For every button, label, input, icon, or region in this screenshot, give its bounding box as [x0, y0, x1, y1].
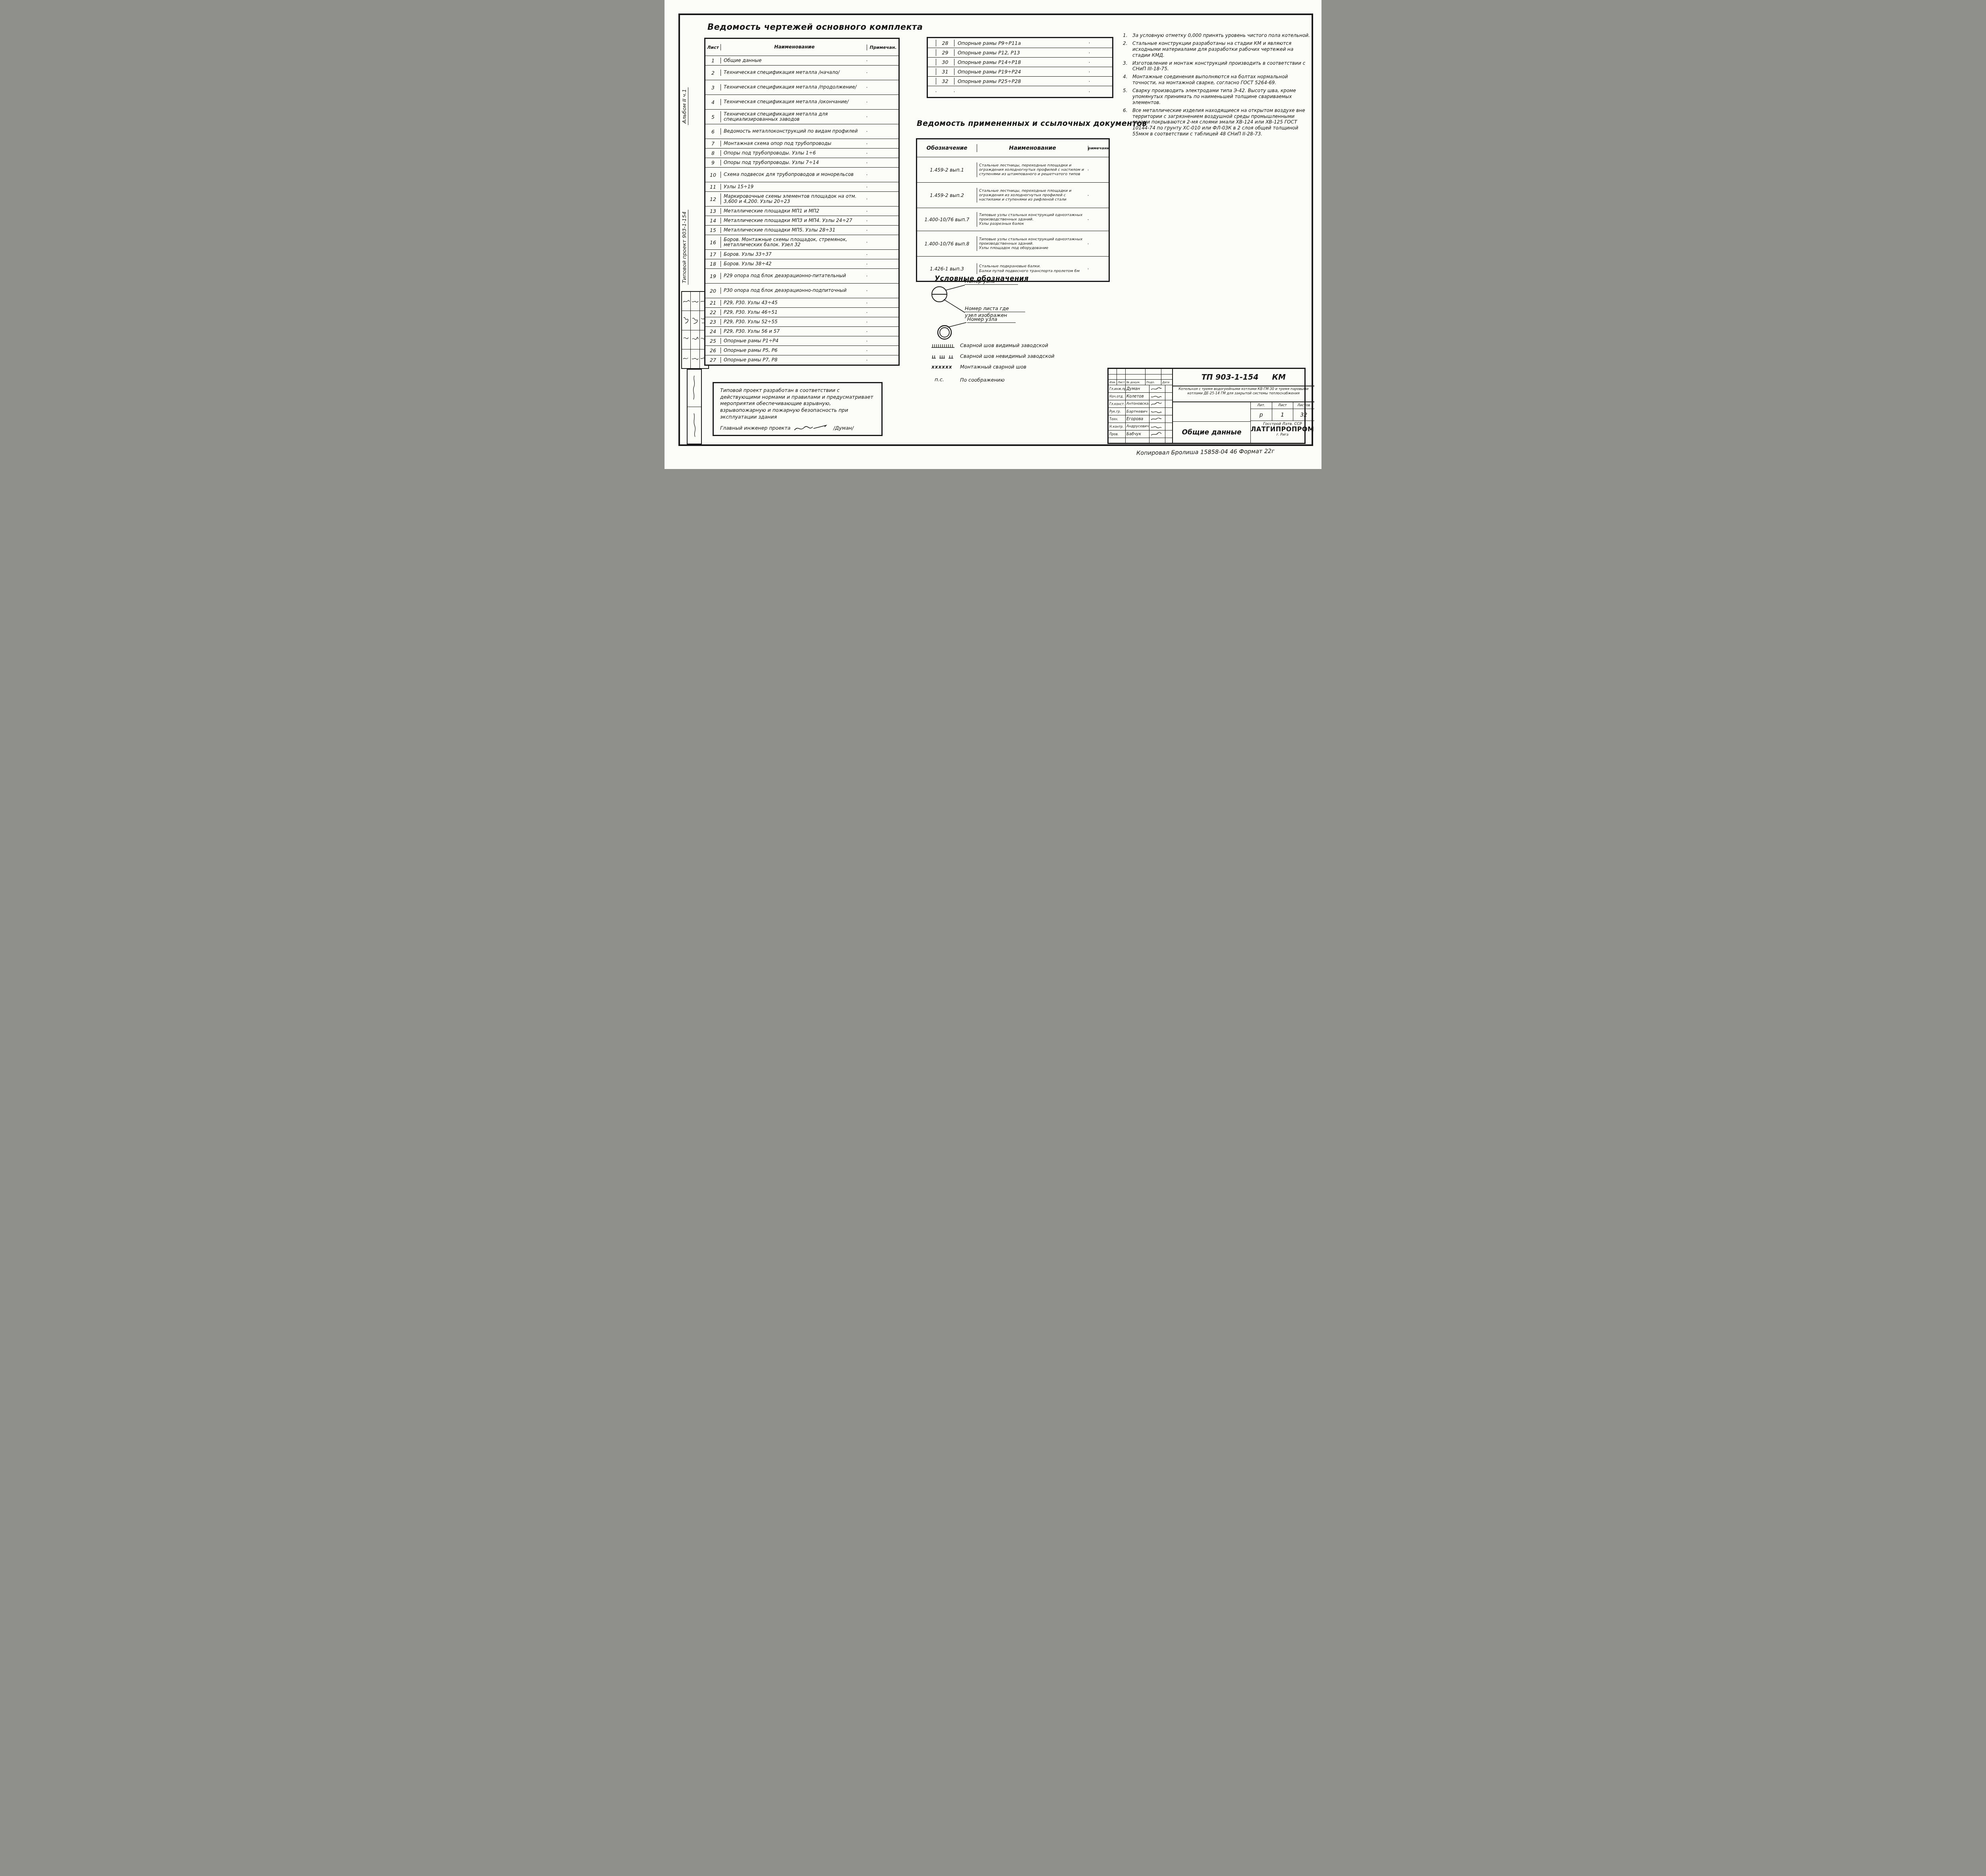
row-name: Техническая спецификация металла /начало…: [721, 69, 867, 75]
table-row: 16Боров. Монтажные схемы площадок, стрем…: [705, 235, 898, 249]
row-num: 26: [705, 347, 721, 354]
row-num: 22: [705, 309, 721, 316]
col-header-note: Примечан.: [867, 44, 899, 50]
doc-number: ТП 903-1-154: [1202, 373, 1259, 382]
row-name: Боров. Монтажные схемы площадок, стремян…: [721, 237, 867, 248]
row-note: [867, 60, 899, 61]
signature-scribble: [682, 292, 690, 311]
main-drawing-list-table: Лист Наименование Примечан. 1Общие данны…: [704, 38, 900, 366]
row-note: [867, 174, 899, 175]
rev-col-date: Дата: [1161, 380, 1172, 385]
row-note: [867, 276, 899, 276]
row-name: Монтажная схема опор под трубопроводы: [721, 141, 867, 147]
table-row: 8Опоры под трубопроводы. Узлы 1÷6: [705, 148, 898, 158]
rev-cell: [1117, 374, 1125, 379]
row-note: [1089, 52, 1112, 53]
row-num: [936, 91, 954, 92]
row-num: 8: [705, 150, 721, 156]
row-note: [1089, 62, 1112, 63]
row-name: Р29, Р30. Узлы 52÷55: [721, 319, 867, 325]
table-row: 26Опорные рамы Р5, Р6: [705, 345, 898, 355]
general-notes: 1.За условную отметку 0,000 принять уров…: [1122, 33, 1310, 139]
doc-code: КМ: [1272, 373, 1285, 382]
person-signature: [1149, 408, 1165, 415]
table-row: 25Опорные рамы Р1÷Р4: [705, 336, 898, 345]
row-note: [867, 199, 899, 199]
hidden-factory-weld-icon: [931, 353, 960, 359]
row-name: Р30 опора под блок деаэрационно-подпиточ…: [721, 288, 867, 293]
person-role: Техн.: [1109, 415, 1125, 423]
note-item: 1.За условную отметку 0,000 принять уров…: [1122, 33, 1310, 39]
side-project-label: Типовой проект 903-1-154: [682, 210, 688, 285]
row-note: [867, 187, 899, 187]
row-name: Опорные рамы Р19÷Р24: [954, 68, 1089, 75]
signature-scribble: [688, 370, 701, 407]
row-name: Металлические площадки МП1 и МП2: [721, 208, 867, 214]
doc-name: Типовые узлы стальных конструкций одноэт…: [977, 236, 1088, 251]
row-name: Опоры под трубопроводы. Узлы 1÷6: [721, 150, 867, 156]
row-note: [1089, 71, 1112, 72]
stamp-empty-cell: [1173, 402, 1250, 421]
note-item: 2.Стальные конструкции разработаны на ст…: [1122, 41, 1310, 58]
signer-role: Главный инженер проекта: [720, 425, 790, 432]
row-num: 17: [705, 251, 721, 258]
col-header-code: Обозначение: [917, 145, 977, 152]
row-note: [1089, 91, 1112, 92]
doc-note: [1088, 170, 1109, 170]
row-num: 30: [936, 59, 954, 66]
stamp-bottom: Общие данные Лит. Лист Листов р 1 32 Гос…: [1173, 401, 1314, 443]
referenced-documents-table: Обозначение Наименование Примечание 1.45…: [916, 138, 1110, 282]
site-weld-label: Монтажный сварной шов: [960, 364, 1026, 370]
person-signature: [1149, 415, 1165, 423]
row-num: 23: [705, 318, 721, 325]
row-name: Ведомость металлоконструкций по видам пр…: [721, 128, 867, 134]
row-num: 7: [705, 140, 721, 147]
row-name: Техническая спецификация металла /продол…: [721, 84, 867, 90]
person-name: Егорова: [1125, 415, 1149, 423]
table-row: 5Техническая спецификация металла для сп…: [705, 109, 898, 124]
side-album-label: Альбом II ч.1: [682, 87, 688, 125]
statement-signature-row: Главный инженер проекта /Думан/: [720, 424, 876, 432]
rev-cell: [1145, 374, 1161, 379]
row-num: 24: [705, 328, 721, 335]
doc-name: Стальные лестницы, переходные площадки и…: [977, 188, 1088, 203]
continuation-list-table: 28Опорные рамы Р9÷Р11а 29Опорные рамы Р1…: [927, 37, 1113, 98]
person-row: Нач.отд. Колетов: [1109, 392, 1172, 400]
row-num: 32: [936, 78, 954, 85]
row-note: [867, 322, 899, 322]
table-row: 12Маркировочные схемы элементов площадок…: [705, 191, 898, 206]
copy-footer: Копировал Бролиша 15858-04 46 Формат 22г: [1136, 448, 1275, 457]
refs-list-title: Ведомость примененных и ссылочных докуме…: [917, 119, 1147, 128]
main-list-title: Ведомость чертежей основного комплекта: [707, 22, 923, 32]
note-number: 1.: [1123, 33, 1127, 39]
legend-row: п.с. По соображению: [931, 377, 1118, 383]
rev-cell: [1109, 369, 1117, 374]
row-note: [867, 303, 899, 303]
row-note: [867, 211, 899, 212]
table-row: 32Опорные рамы Р25÷Р28: [928, 76, 1112, 86]
stamp-bottom-right: Лит. Лист Листов р 1 32 Госстрой Латв. С…: [1250, 402, 1314, 443]
table-row: 9Опоры под трубопроводы. Узлы 7÷14: [705, 158, 898, 167]
signature-scribble: [688, 407, 701, 444]
row-num: 29: [936, 49, 954, 56]
rev-cell: [1125, 438, 1149, 443]
person-row: Техн. Егорова: [1109, 415, 1172, 423]
row-note: [867, 72, 899, 73]
refs-row: 1.400-10/76 вып.7Типовые узлы стальных к…: [917, 208, 1109, 231]
row-num: 1: [705, 57, 721, 64]
rev-header-row: Изм. Лист № докум. Подп. Дата: [1109, 379, 1172, 385]
row-name: Р29 опора под блок деаэрационно-питатель…: [721, 273, 867, 279]
table-row-empty: [928, 86, 1112, 97]
row-note: [867, 360, 899, 361]
note-text: Монтажные соединения выполняются на болт…: [1132, 74, 1288, 85]
rev-empty-row: [1109, 374, 1172, 379]
rev-col-list: Лист: [1117, 380, 1125, 385]
person-role: Рук.гр.: [1109, 408, 1125, 415]
site-weld-icon: xxxxxx: [931, 364, 960, 370]
row-name: Металлические площадки МП3 и МП4. Узлы 2…: [721, 218, 867, 224]
row-name: Опоры под трубопроводы. Узлы 7÷14: [721, 160, 867, 166]
row-name: Опорные рамы Р12, Р13: [954, 49, 1089, 56]
table-row: 4Техническая спецификация металла /оконч…: [705, 95, 898, 109]
person-name: Антоновская: [1125, 400, 1149, 407]
table-row: 19Р29 опора под блок деаэрационно-питате…: [705, 268, 898, 283]
sheets-total-label: Листов: [1293, 402, 1314, 409]
row-num: 13: [705, 208, 721, 214]
row-name: Опорные рамы Р14÷Р18: [954, 59, 1089, 66]
row-note: [867, 350, 899, 351]
node-sheet-label-line1: Номер листа где: [965, 305, 1025, 312]
title-block: Изм. Лист № докум. Подп. Дата Гл.инж.пр.…: [1107, 368, 1306, 444]
person-role: Пров.: [1109, 430, 1125, 438]
note-text: Сварку производить электродами типа Э-42…: [1132, 88, 1296, 105]
weld-legend: Сварной шов видимый заводской Сварной шо…: [931, 342, 1118, 388]
doc-note: [1088, 243, 1109, 244]
row-name: Опорные рамы Р25÷Р28: [954, 78, 1089, 85]
table-row: 2Техническая спецификация металла /начал…: [705, 65, 898, 80]
table-row: 17Боров. Узлы 33÷37: [705, 249, 898, 259]
person-signature: [1149, 393, 1165, 400]
doc-code: 1.400-10/76 вып.8: [917, 241, 977, 247]
rev-cell: [1117, 369, 1125, 374]
lit-value: р: [1251, 409, 1272, 421]
row-num: 6: [705, 128, 721, 135]
signature-scribble: [690, 330, 699, 349]
row-note: [867, 131, 899, 132]
row-name: Опорные рамы Р7, Р8: [721, 357, 867, 363]
spacer-cell: [928, 38, 936, 48]
stamp-right: ТП 903-1-154 КМ Котельная с тремя водогр…: [1173, 369, 1314, 443]
note-item: 3.Изготовление и монтаж конструкций прои…: [1122, 60, 1310, 72]
note-text: Изготовление и монтаж конструкций произв…: [1132, 60, 1305, 72]
stamp-bottom-left: Общие данные: [1173, 402, 1250, 443]
row-num: 10: [705, 172, 721, 178]
org-city: г. Рига: [1251, 433, 1314, 437]
row-note: [867, 220, 899, 221]
node-number-label: Номер узла: [965, 278, 1018, 285]
rev-col-docnum: № докум.: [1125, 380, 1145, 385]
row-note: [867, 341, 899, 342]
row-num: 12: [705, 196, 721, 203]
doc-note: [1088, 195, 1109, 196]
row-num: 3: [705, 84, 721, 91]
row-note: [1089, 42, 1112, 43]
row-num: 28: [936, 40, 954, 46]
col-header-name: Наименование: [977, 144, 1088, 152]
person-row: Пров. Бабчук: [1109, 430, 1172, 438]
row-name: Общие данные: [721, 58, 867, 64]
row-note: [867, 312, 899, 313]
drawing-sheet: Альбом II ч.1 Типовой проект 903-1-154 В…: [665, 0, 1321, 469]
row-note: [867, 290, 899, 291]
row-name: Р29, Р30. Узлы 46÷51: [721, 309, 867, 315]
person-name: Колетов: [1125, 393, 1149, 400]
row-num: 21: [705, 299, 721, 306]
col-header-sheet: Лист: [705, 44, 721, 50]
node2-number-label: Номер узла: [967, 316, 1016, 323]
refs-row: 1.459-2 вып.2Стальные лестницы, переходн…: [917, 182, 1109, 208]
row-note: [867, 116, 899, 117]
sheet-content-title: Общие данные: [1173, 421, 1250, 443]
person-date: [1165, 423, 1172, 430]
row-name: Маркировочные схемы элементов площадок н…: [721, 193, 867, 205]
signature-scribble: [682, 330, 690, 349]
table-row: 31Опорные рамы Р19÷Р24: [928, 67, 1112, 76]
table-row: 28Опорные рамы Р9÷Р11а: [928, 38, 1112, 48]
row-num: 2: [705, 69, 721, 76]
row-num: 14: [705, 217, 721, 224]
refs-row: 1.459-2 вып.1Стальные лестницы, переходн…: [917, 157, 1109, 182]
note-number: 6.: [1123, 108, 1127, 114]
table-row: 20Р30 опора под блок деаэрационно-подпит…: [705, 283, 898, 298]
person-date: [1165, 385, 1172, 392]
table-row: 11Узлы 15÷19: [705, 182, 898, 191]
rev-cell: [1109, 374, 1117, 379]
person-role: Гл.инж.пр.: [1109, 385, 1125, 392]
person-name: Барткевич: [1125, 408, 1149, 415]
spacer-cell: [928, 86, 936, 97]
table-row: 22Р29, Р30. Узлы 46÷51: [705, 307, 898, 317]
sheet-num-value: 1: [1272, 409, 1293, 421]
table-row: 6Ведомость металлоконструкций по видам п…: [705, 124, 898, 139]
rev-cell: [1125, 369, 1145, 374]
rev-cell: [1165, 438, 1172, 443]
note-number: 3.: [1123, 60, 1127, 66]
note-number: 2.: [1123, 41, 1127, 46]
person-signature: [1149, 400, 1165, 407]
row-name: Опорные рамы Р9÷Р11а: [954, 40, 1089, 46]
legend-row: xxxxxx Монтажный сварной шов: [931, 364, 1118, 370]
row-name: Схема подвесок для трубопроводов и монор…: [721, 172, 867, 178]
visible-factory-weld-icon: [931, 343, 960, 348]
signature-scribble: [793, 424, 831, 432]
row-name: Узлы 15÷19: [721, 184, 867, 190]
note-number: 4.: [1123, 74, 1127, 80]
row-num: 31: [936, 68, 954, 75]
rev-cell: [1161, 369, 1172, 374]
rev-empty-row: [1109, 438, 1172, 443]
table-row: 29Опорные рамы Р12, Р13: [928, 48, 1112, 57]
table-row: 13Металлические площадки МП1 и МП2: [705, 206, 898, 216]
row-note: [1089, 81, 1112, 82]
row-note: [867, 230, 899, 231]
note-text: Стальные конструкции разработаны на стад…: [1132, 41, 1293, 58]
row-num: 4: [705, 99, 721, 106]
refs-row: 1.400-10/76 вып.8Типовые узлы стальных к…: [917, 231, 1109, 256]
row-num: 16: [705, 239, 721, 246]
statement-text: Типовой проект разработан в соответствии…: [720, 387, 876, 420]
legend-row: Сварной шов видимый заводской: [931, 342, 1118, 348]
row-num: 19: [705, 273, 721, 280]
note-text: Все металлические изделия находящиеся на…: [1132, 108, 1305, 137]
person-row: Рук.гр. Барткевич: [1109, 407, 1172, 415]
margin-inventory-strip: [687, 369, 702, 444]
doc-note: [1088, 268, 1109, 269]
table-row: 14Металлические площадки МП3 и МП4. Узлы…: [705, 216, 898, 225]
doc-note: [1088, 219, 1109, 220]
row-name: Р29, Р30. Узлы 56 и 57: [721, 328, 867, 334]
row-name: [954, 91, 1089, 92]
sheets-total-value: 32: [1293, 409, 1314, 421]
person-date: [1165, 415, 1172, 423]
table-row: 27Опорные рамы Р7, Р8: [705, 355, 898, 365]
doc-code: 1.459-2 вып.1: [917, 167, 977, 173]
project-name-cell: Котельная с тремя водогрейными котлами К…: [1173, 386, 1314, 401]
ps-label: По соображению: [960, 377, 1005, 383]
row-num: 18: [705, 261, 721, 267]
person-date: [1165, 430, 1172, 438]
row-name: Металлические площадки МП5. Узлы 28÷31: [721, 227, 867, 233]
row-note: [867, 331, 899, 332]
signature-scribble: [690, 349, 699, 368]
rev-cell: [1125, 374, 1145, 379]
person-name: Думан: [1125, 385, 1149, 392]
spacer-cell: [928, 48, 936, 57]
weld-visible-label: Сварной шов видимый заводской: [960, 342, 1048, 348]
table-row: 30Опорные рамы Р14÷Р18: [928, 57, 1112, 67]
row-num: 20: [705, 288, 721, 294]
table-row: 7Монтажная схема опор под трубопроводы: [705, 139, 898, 148]
row-name: Р29, Р30. Узлы 43÷45: [721, 300, 867, 306]
signature-scribble: [690, 292, 699, 311]
table-row: 3Техническая спецификация металла /продо…: [705, 80, 898, 95]
row-note: [867, 254, 899, 255]
person-row: Гл.конст. Антоновская: [1109, 400, 1172, 407]
row-note: [867, 264, 899, 264]
spacer-cell: [928, 77, 936, 86]
note-item: 5.Сварку производить электродами типа Э-…: [1122, 88, 1310, 106]
row-name: Опорные рамы Р1÷Р4: [721, 338, 867, 344]
doc-code: 1.459-2 вып.2: [917, 192, 977, 199]
table-row: 24Р29, Р30. Узлы 56 и 57: [705, 326, 898, 336]
note-item: 6.Все металлические изделия находящиеся …: [1122, 108, 1310, 137]
note-number: 5.: [1123, 88, 1127, 94]
doc-name: Типовые узлы стальных конструкций одноэт…: [977, 212, 1088, 227]
spacer-cell: [928, 58, 936, 67]
row-name: Техническая спецификация металла /оконча…: [721, 99, 867, 105]
person-role: Нач.отд.: [1109, 393, 1125, 400]
row-num: 15: [705, 227, 721, 234]
main-table-header: Лист Наименование Примечан.: [705, 39, 898, 56]
signature-scribble: [690, 311, 699, 330]
note-text: За условную отметку 0,000 принять уровен…: [1132, 33, 1310, 38]
table-row: 21Р29, Р30. Узлы 43÷45: [705, 298, 898, 307]
row-name: Опорные рамы Р5, Р6: [721, 347, 867, 353]
rev-col-izm: Изм.: [1109, 380, 1117, 385]
ps-abbreviation: п.с.: [931, 377, 960, 383]
org-name: ЛАТГИПРОПРОМ: [1251, 426, 1314, 433]
row-note: [867, 153, 899, 154]
person-signature: [1149, 423, 1165, 430]
lit-header-row: Лит. Лист Листов: [1251, 402, 1314, 409]
row-name: Боров. Узлы 38÷42: [721, 261, 867, 267]
table-row: 1Общие данные: [705, 56, 898, 65]
person-name: Андрусевич: [1125, 423, 1149, 430]
row-note: [867, 143, 899, 144]
row-num: 27: [705, 357, 721, 363]
rev-col-sign: Подп.: [1145, 380, 1161, 385]
table-row: 15Металлические площадки МП5. Узлы 28÷31: [705, 225, 898, 235]
person-date: [1165, 400, 1172, 407]
row-note: [867, 162, 899, 163]
signature-scribble: [682, 311, 690, 330]
sheet-num-label: Лист: [1272, 402, 1293, 409]
col-header-name: Наименование: [721, 44, 867, 50]
signature-scribble: [682, 349, 690, 368]
signer-name: /Думан/: [833, 425, 854, 432]
document-designation: ТП 903-1-154 КМ: [1173, 369, 1314, 386]
legend-row: Сварной шов невидимый заводской: [931, 353, 1118, 359]
row-name: Техническая спецификация металла для спе…: [721, 111, 867, 123]
lit-label: Лит.: [1251, 402, 1272, 409]
rev-cell: [1109, 438, 1125, 443]
person-date: [1165, 393, 1172, 400]
note-item: 4.Монтажные соединения выполняются на бо…: [1122, 74, 1310, 86]
row-note: [867, 87, 899, 88]
person-name: Бабчук: [1125, 430, 1149, 438]
rev-empty-row: [1109, 369, 1172, 374]
rev-cell: [1161, 374, 1172, 379]
compliance-statement: Типовой проект разработан в соответствии…: [713, 382, 883, 436]
doc-code: 1.426-1 вып.3: [917, 266, 977, 272]
row-num: 25: [705, 338, 721, 344]
person-role: Н.контр.: [1109, 423, 1125, 430]
refs-table-header: Обозначение Наименование Примечание: [917, 139, 1109, 157]
row-num: 11: [705, 183, 721, 190]
person-role: Гл.конст.: [1109, 400, 1125, 407]
row-note: [867, 102, 899, 102]
row-num: 9: [705, 159, 721, 166]
weld-hidden-label: Сварной шов невидимый заводской: [960, 353, 1055, 359]
row-num: 5: [705, 114, 721, 120]
doc-code: 1.400-10/76 вып.7: [917, 216, 977, 223]
table-row: 10Схема подвесок для трубопроводов и мон…: [705, 167, 898, 182]
rev-cell: [1145, 369, 1161, 374]
person-row: Н.контр. Андрусевич: [1109, 423, 1172, 430]
spacer-cell: [928, 67, 936, 76]
person-date: [1165, 408, 1172, 415]
organization-cell: Госстрой Латв. ССР ЛАТГИПРОПРОМ г. Рига: [1251, 421, 1314, 443]
table-row: 18Боров. Узлы 38÷42: [705, 259, 898, 268]
person-row: Гл.инж.пр. Думан: [1109, 385, 1172, 392]
person-signature: [1149, 430, 1165, 438]
person-signature: [1149, 385, 1165, 392]
doc-name: Стальные подкрановые балки. Балки путей …: [977, 263, 1088, 274]
rev-cell: [1149, 438, 1165, 443]
